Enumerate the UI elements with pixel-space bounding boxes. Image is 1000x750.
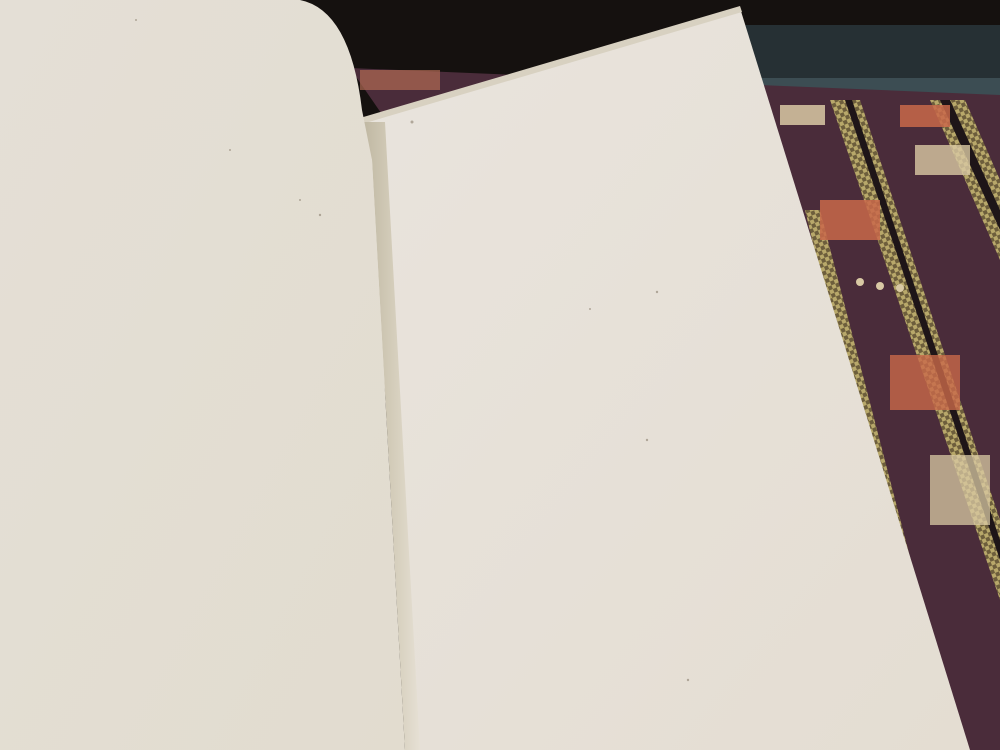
photo-scene [0, 0, 1000, 750]
left-page [0, 0, 405, 750]
scene-svg [0, 0, 1000, 750]
